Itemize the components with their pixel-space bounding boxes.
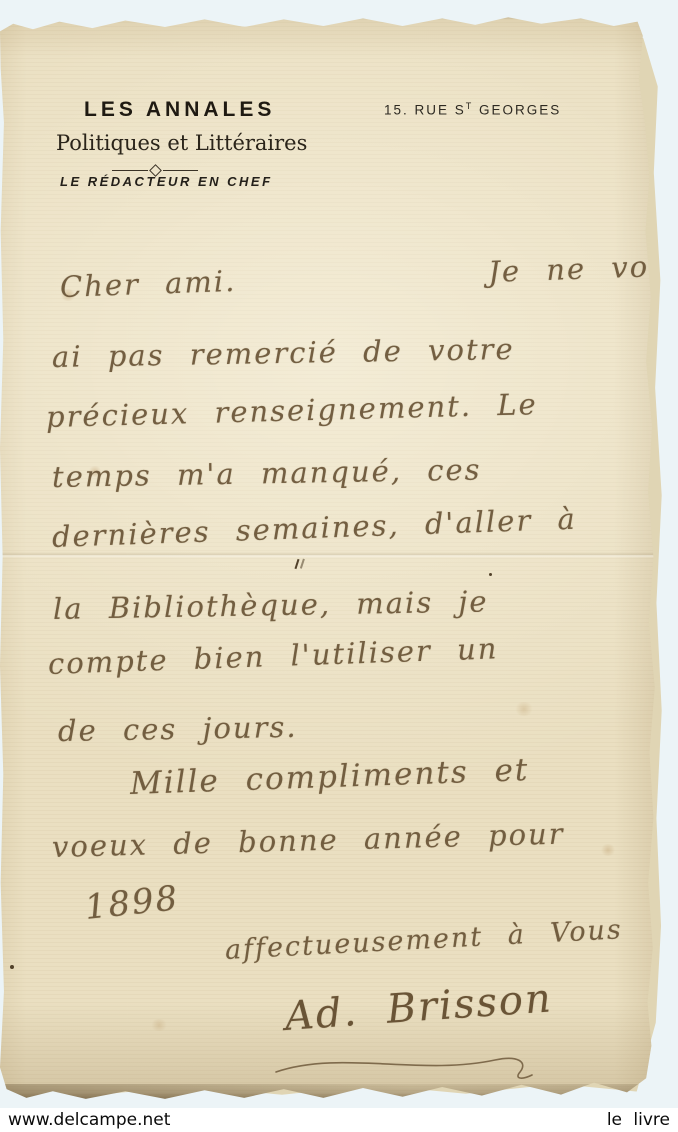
watermark-category-label: le livre xyxy=(607,1110,670,1130)
handwriting-line: Cher ami. Je ne vous xyxy=(59,248,678,304)
stain-spot xyxy=(150,1019,168,1031)
handwriting-line: compte bien l'utiliser un xyxy=(47,631,498,681)
letterhead-address: 15. RUE ST GEORGES xyxy=(384,101,561,118)
paper-sheet: LES ANNALES Politiques et Littéraires LE… xyxy=(0,14,660,1100)
letterhead-subtitle: Politiques et Littéraires xyxy=(56,131,307,155)
handwriting-line: voeux de bonne année pour xyxy=(52,817,565,864)
handwriting-year: 1898 xyxy=(83,878,181,928)
watermark-site-url: www.delcampe.net xyxy=(8,1110,170,1130)
ink-speck xyxy=(295,559,300,569)
handwriting-line: dernières semaines, d'aller à xyxy=(51,502,577,554)
fleuron-left-rule xyxy=(112,170,148,171)
handwriting-line: précieux renseignement. Le xyxy=(46,387,539,434)
handwriting-line: temps m'a manqué, ces xyxy=(52,453,482,494)
handwriting-line: Mille compliments et xyxy=(129,752,530,802)
letterhead-title: LES ANNALES xyxy=(84,98,275,122)
letterhead-role: LE RÉDACTEUR EN CHEF xyxy=(60,174,273,189)
watermark-bar: www.delcampe.net le livre xyxy=(0,1108,678,1132)
scanned-letter-photo: LES ANNALES Politiques et Littéraires LE… xyxy=(0,0,678,1132)
handwriting-line: la Bibliothèque, mais je xyxy=(53,584,489,626)
ink-speck xyxy=(489,573,492,576)
handwriting-line: ai pas remercié de votre xyxy=(52,332,515,374)
fold-crease xyxy=(0,552,660,558)
address-text: 15. RUE S xyxy=(384,103,466,118)
signature-flourish xyxy=(270,1042,550,1082)
letter-closing: affectueusement à Vous xyxy=(224,914,623,966)
handwriting-line: de ces jours. xyxy=(58,710,298,748)
address-text-rest: GEORGES xyxy=(473,103,561,118)
ink-speck xyxy=(10,965,14,969)
signature: Ad. Brisson xyxy=(283,975,554,1040)
stain-spot xyxy=(514,702,534,716)
fleuron-right-rule xyxy=(163,170,199,171)
stain-spot xyxy=(600,844,616,856)
